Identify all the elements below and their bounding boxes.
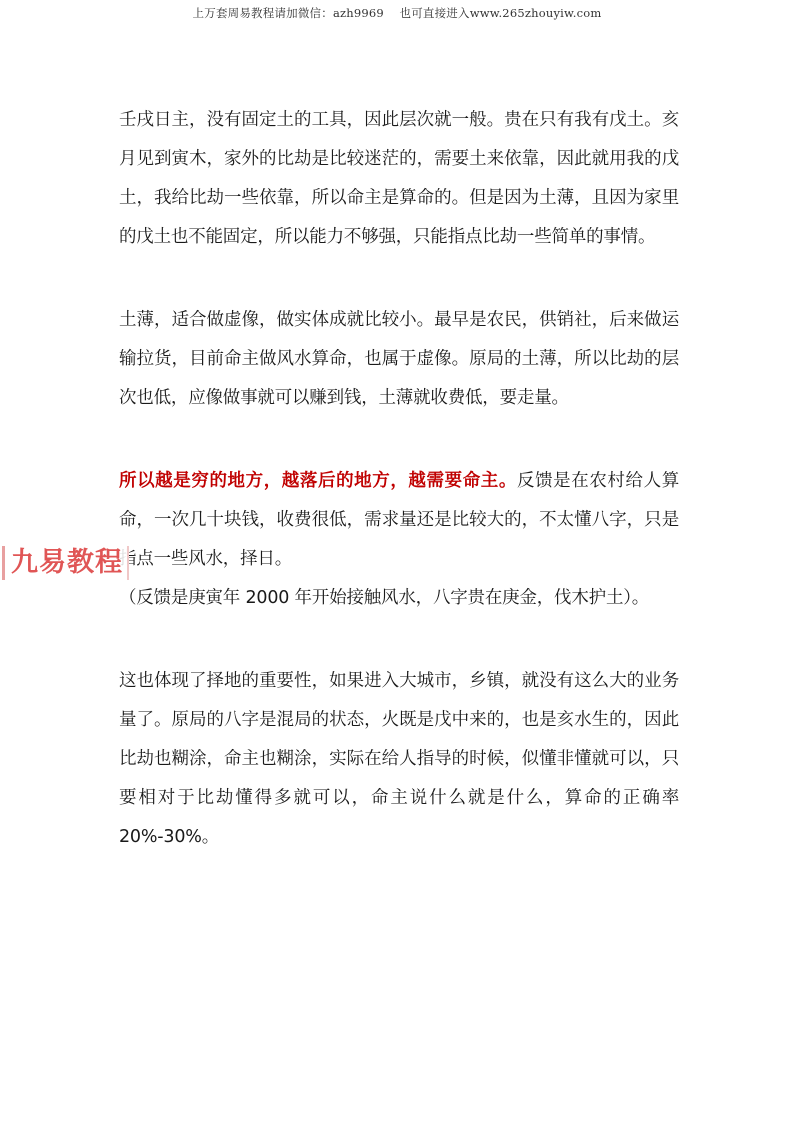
- paragraph-spacer: [119, 618, 679, 662]
- paragraph-3: 所以越是穷的地方，越落后的地方，越需要命主。反馈是在农村给人算命，一次几十块钱，…: [119, 462, 679, 579]
- document-body: 壬戌日主，没有固定土的工具，因此层次就一般。贵在只有我有戊土。亥月见到寅木，家外…: [119, 101, 679, 857]
- paragraph-spacer: [119, 418, 679, 462]
- paragraph-2: 土薄，适合做虚像，做实体成就比较小。最早是农民，供销社，后来做运输拉货，目前命主…: [119, 301, 679, 418]
- paragraph-1: 壬戌日主，没有固定土的工具，因此层次就一般。贵在只有我有戊土。亥月见到寅木，家外…: [119, 101, 679, 257]
- paragraph-5: 这也体现了择地的重要性，如果进入大城市，乡镇，就没有这么大的业务量了。原局的八字…: [119, 662, 679, 857]
- emphasis-text: 所以越是穷的地方，越落后的地方，越需要命主。: [119, 471, 517, 491]
- paragraph-spacer: [119, 257, 679, 301]
- paragraph-4-note: （反馈是庚寅年 2000 年开始接触风水，八字贵在庚金，伐木护土）。: [119, 579, 679, 618]
- watermark-logo: 九易教程: [2, 546, 129, 580]
- header-banner: 上万套周易教程请加微信：azh9969 也可直接进入www.265zhouyiw…: [0, 5, 794, 21]
